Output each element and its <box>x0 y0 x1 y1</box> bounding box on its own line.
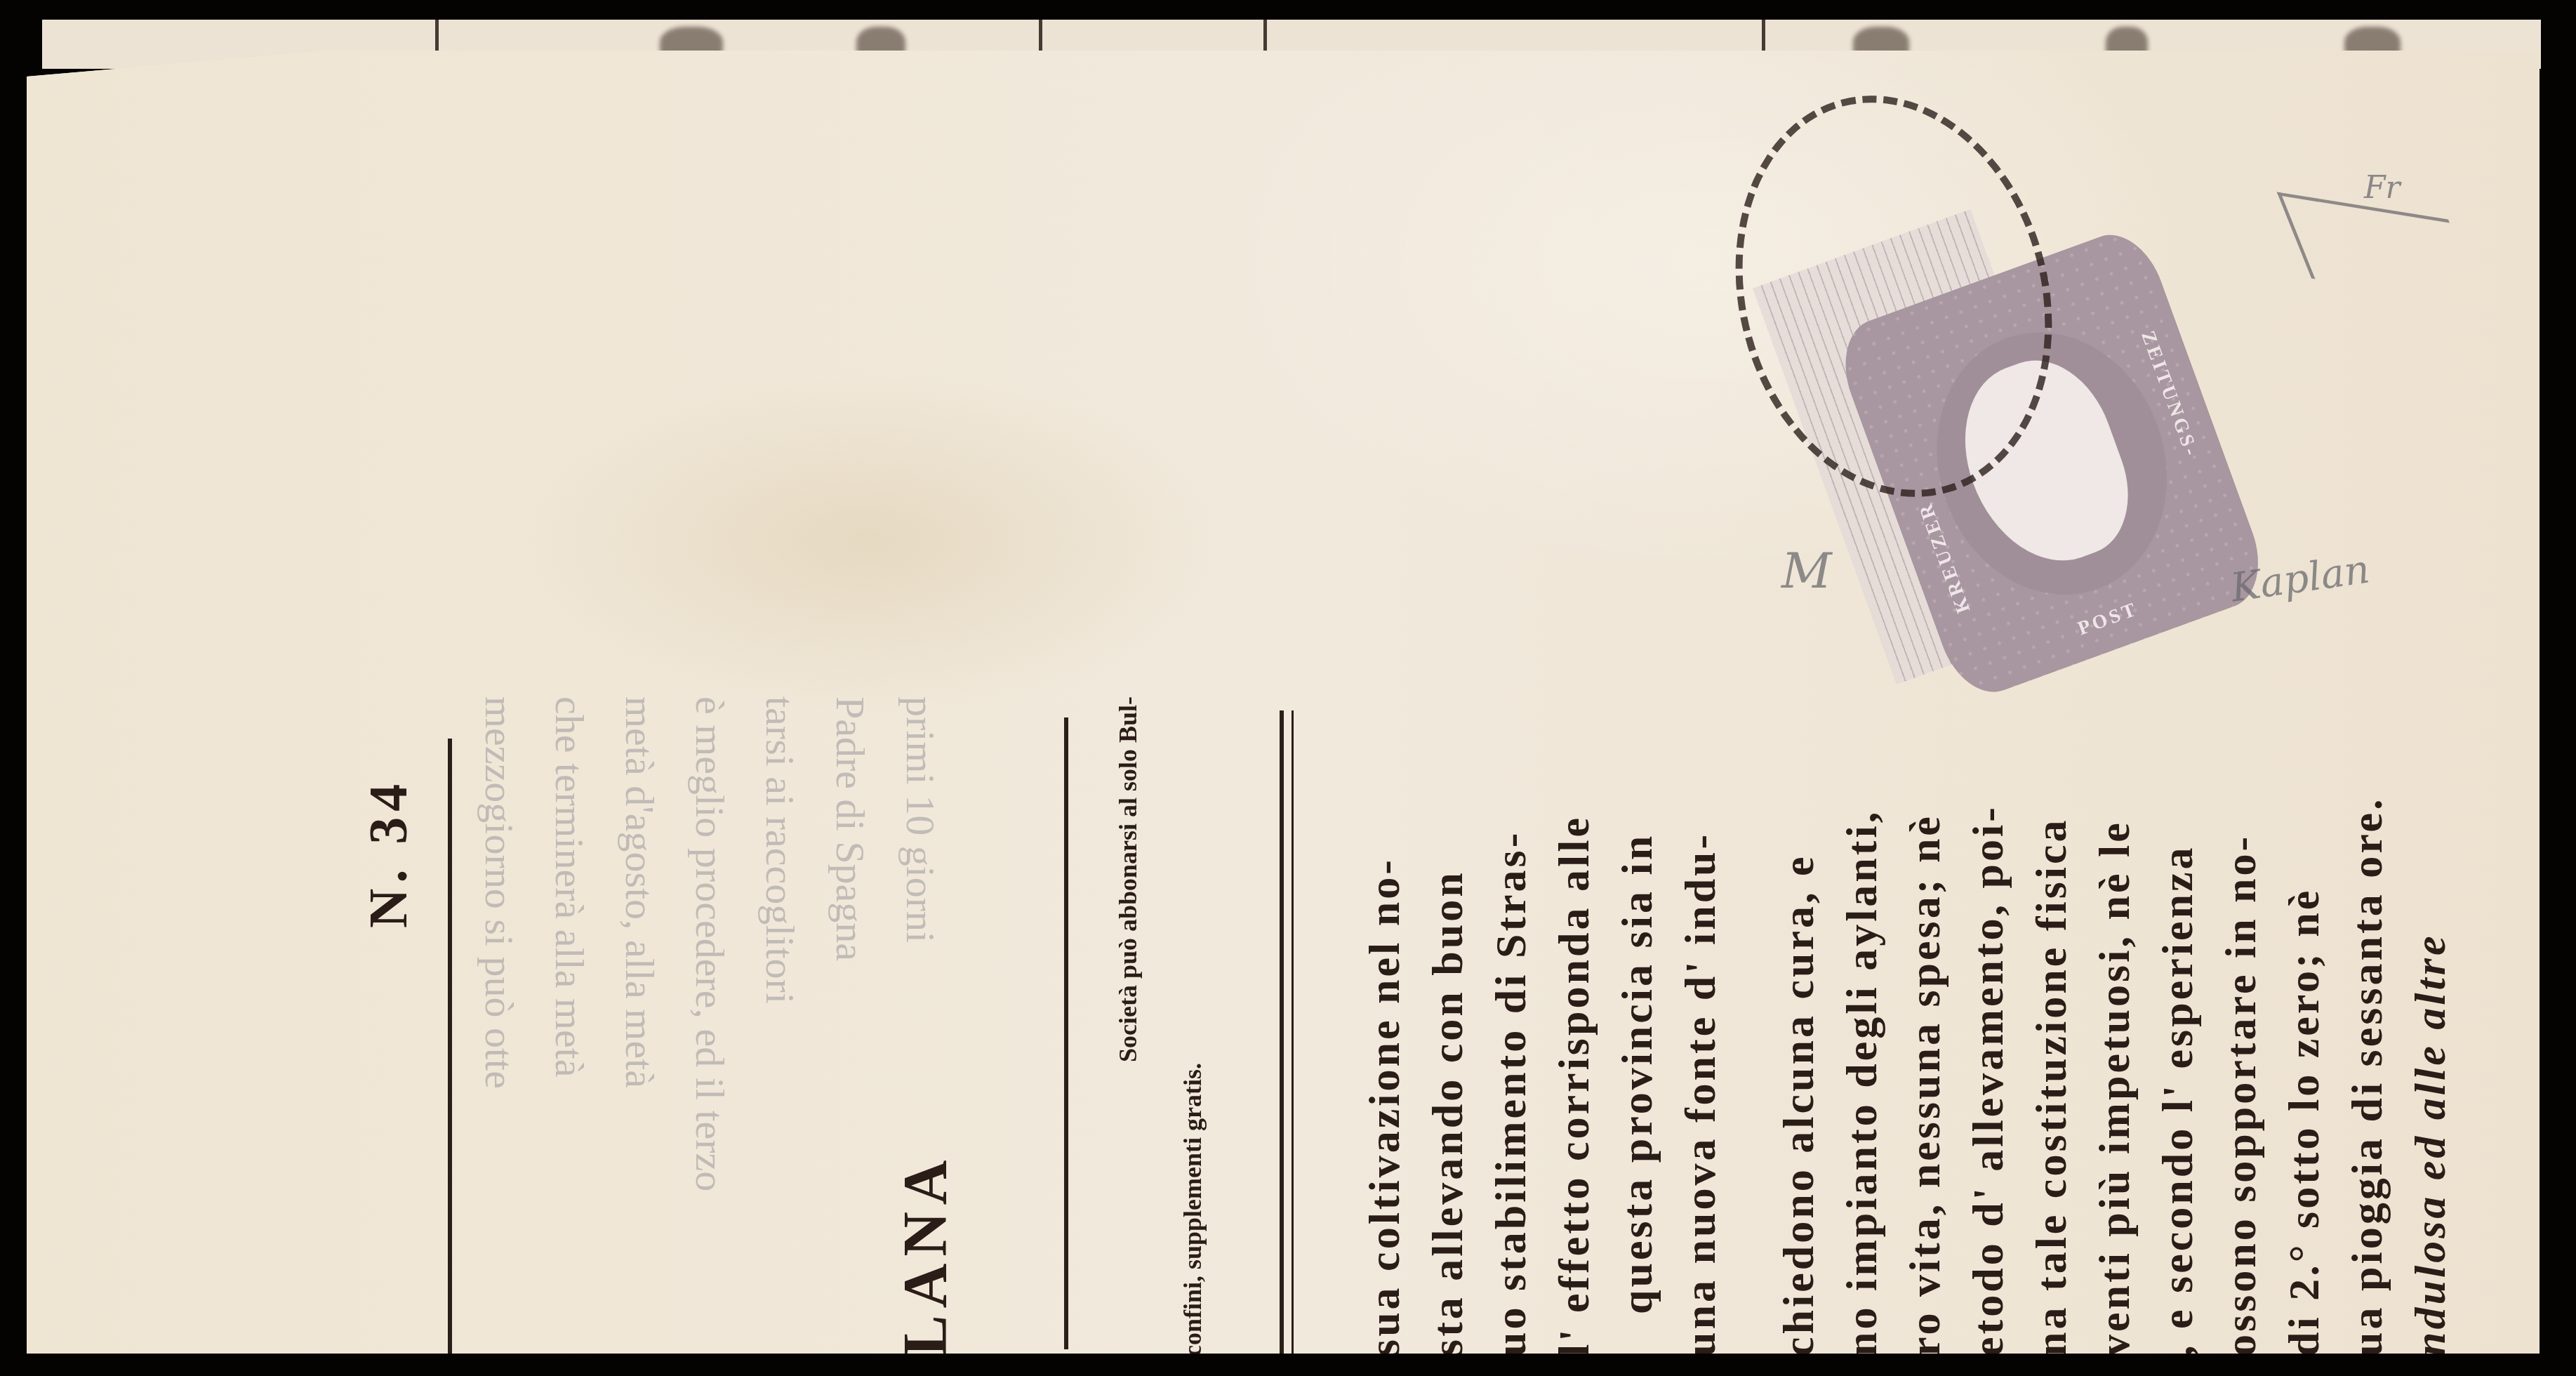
bleed-through-line: è meglio procedere, ed il terzo <box>686 696 733 1342</box>
bleed-through-line: primi 10 giorni <box>897 696 944 1047</box>
newspaper-wrapper: mezzogiorno si può otte che terminerà al… <box>27 51 2540 1354</box>
bleed-through-line: Padre di Spagna <box>827 696 874 1047</box>
subscription-notice-line: Società può abbonarsi al solo Bul- <box>1113 696 1143 1356</box>
article-line: etodo d' allevamento, poi- <box>1964 696 2014 1356</box>
article-line: sua coltivazione nel no- <box>1360 696 1410 1356</box>
pencil-corner-mark: Fr <box>2364 170 2401 206</box>
article-line: chiedono alcuna cura, e <box>1774 696 1824 1356</box>
pencil-triangle-mark <box>2277 192 2483 305</box>
issue-number: N. 34 <box>357 717 420 928</box>
article-line: na tale costituzione fisica <box>2027 696 2077 1356</box>
bleed-through-line: mezzogiorno si può otte <box>476 696 523 1342</box>
article-line: di 2.° sotto lo zero; nè <box>2280 696 2330 1356</box>
printed-area: mezzogiorno si può otte che terminerà al… <box>27 654 2540 1356</box>
article-line: questa provincia sia in <box>1613 696 1663 1314</box>
subscription-notice-line: confini, supplementi gratis. <box>1178 760 1207 1356</box>
column-rule <box>448 739 452 1370</box>
bleed-through-line: metà d'agosto, alla metà <box>616 696 663 1342</box>
pencil-annotation: M <box>1781 542 1832 600</box>
article-line: sta allevando con buon <box>1423 696 1473 1356</box>
bleed-through-line: tarsi ai raccoglitori <box>757 696 804 1342</box>
article-line: ua pioggia di sessanta ore. <box>2343 696 2393 1356</box>
masthead-fragment: LANA <box>890 1125 961 1356</box>
article-line: una nuova fonte d' indu- <box>1676 696 1726 1356</box>
article-line: venti più impetuosi, nè le <box>2090 696 2140 1356</box>
article-line: ro vita, nessuna spesa; nè <box>1901 696 1951 1356</box>
column-rule <box>1280 710 1284 1356</box>
column-rule <box>1292 710 1294 1356</box>
article-line: uo stabilimento di Stras- <box>1487 696 1536 1356</box>
article-line: ndulosa ed alle altre <box>2406 696 2456 1356</box>
bleed-through-line: che terminerà alla metà <box>546 696 593 1342</box>
article-line: ossono sopportare in no- <box>2217 696 2266 1356</box>
column-rule <box>1064 717 1068 1349</box>
article-line: no impianto degli aylanti, <box>1838 696 1887 1356</box>
article-line: l' effetto corrisponda alle <box>1550 696 1600 1356</box>
article-line: , e secondo l' esperienza <box>2153 696 2203 1356</box>
